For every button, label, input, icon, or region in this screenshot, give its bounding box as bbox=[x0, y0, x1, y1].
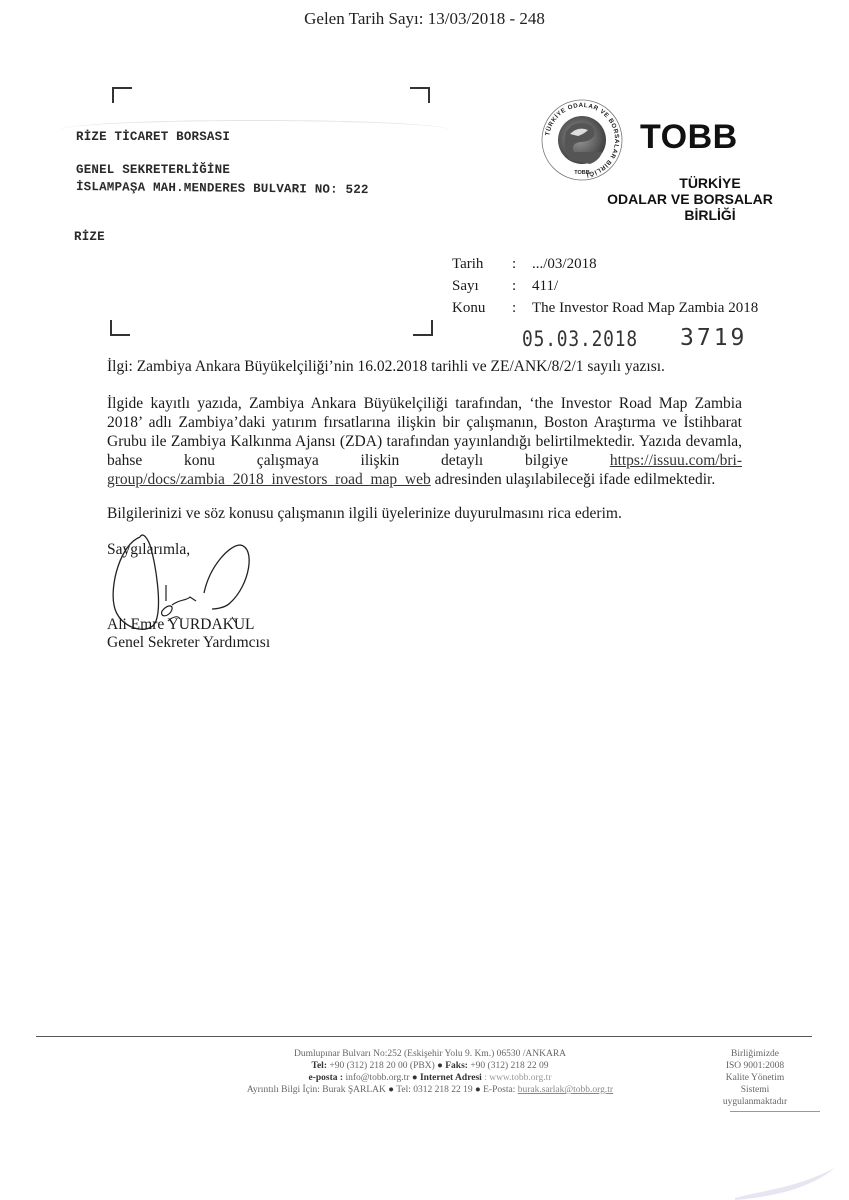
meta-number-label: Sayı bbox=[452, 275, 510, 297]
meta-date-value: .../03/2018 bbox=[532, 253, 597, 275]
iso-line-4: Sistemi bbox=[700, 1084, 810, 1096]
recipient-line-3: İSLAMPAŞA MAH.MENDERES BULVARI NO: 522 bbox=[76, 180, 369, 197]
email-label: e-posta : bbox=[309, 1073, 344, 1083]
signer-name: Ali Emre YURDAKUL bbox=[107, 616, 270, 634]
meta-number-value: 411/ bbox=[532, 275, 558, 297]
iso-line-5: uygulanmaktadır bbox=[700, 1096, 810, 1108]
registry-stamp-number: 3719 bbox=[680, 325, 747, 351]
email-value[interactable]: info@tobb.org.tr bbox=[345, 1073, 409, 1083]
bullet-icon: ● bbox=[388, 1085, 394, 1095]
footer-contact-line: Ayrıntılı Bilgi İçin: Burak ŞARLAK ● Tel… bbox=[200, 1084, 660, 1096]
colon: : bbox=[510, 297, 532, 319]
meta-subject-row: Konu : The Investor Road Map Zambia 2018 bbox=[452, 297, 758, 319]
registry-stamp-date: 05.03.2018 bbox=[522, 327, 638, 351]
meta-number-row: Sayı : 411/ bbox=[452, 275, 758, 297]
address-window-corner-bottom-left bbox=[110, 320, 130, 336]
request-line: Bilgilerinizi ve söz konusu çalışmanın i… bbox=[107, 504, 622, 523]
web-value[interactable]: : www.tobb.org.tr bbox=[484, 1073, 551, 1083]
scan-smudge bbox=[735, 1160, 845, 1200]
address-window-corner-bottom-right bbox=[413, 320, 433, 336]
contact-tel: Tel: 0312 218 22 19 bbox=[396, 1085, 472, 1095]
reference-line: İlgi: Zambiya Ankara Büyükelçiliği’nin 1… bbox=[107, 357, 665, 376]
svg-text:TOBB: TOBB bbox=[574, 170, 590, 176]
iso-line-2: ISO 9001:2008 bbox=[700, 1060, 810, 1072]
received-date-stamp: Gelen Tarih Sayı: 13/03/2018 - 248 bbox=[0, 9, 849, 29]
contact-email-label: E-Posta: bbox=[483, 1085, 515, 1095]
footer-contact: Dumlupınar Bulvarı No:252 (Eskişehir Yol… bbox=[200, 1048, 660, 1096]
colon: : bbox=[510, 275, 532, 297]
organization-name: TÜRKİYE ODALAR VE BORSALAR BİRLİĞİ bbox=[600, 175, 780, 223]
footer-divider bbox=[36, 1036, 812, 1037]
fax-label: Faks: bbox=[445, 1061, 468, 1071]
iso-certification-note: Birliğimizde ISO 9001:2008 Kalite Yöneti… bbox=[700, 1048, 810, 1108]
letter-meta: Tarih : .../03/2018 Sayı : 411/ Konu : T… bbox=[452, 253, 758, 319]
web-label: Internet Adresi bbox=[420, 1073, 482, 1083]
bullet-icon: ● bbox=[412, 1073, 418, 1083]
footer-address: Dumlupınar Bulvarı No:252 (Eskişehir Yol… bbox=[200, 1048, 660, 1060]
bullet-icon: ● bbox=[437, 1061, 443, 1071]
iso-underline bbox=[730, 1111, 820, 1112]
brand-name: TOBB bbox=[640, 118, 738, 157]
recipient-line-4: RİZE bbox=[74, 230, 105, 244]
recipient-line-1: RİZE TİCARET BORSASI bbox=[76, 130, 230, 144]
signer-block: Ali Emre YURDAKUL Genel Sekreter Yardımc… bbox=[107, 616, 270, 652]
tel-label: Tel: bbox=[312, 1061, 327, 1071]
address-window-corner-top-right bbox=[410, 87, 430, 103]
main-paragraph: İlgide kayıtlı yazıda, Zambiya Ankara Bü… bbox=[107, 394, 742, 489]
org-line-3: BİRLİĞİ bbox=[600, 207, 780, 223]
tobb-emblem-icon: TÜRKİYE ODALAR VE BORSALAR BİRLİĞİ TOBB bbox=[540, 98, 624, 182]
org-line-1: TÜRKİYE bbox=[600, 175, 780, 191]
meta-date-row: Tarih : .../03/2018 bbox=[452, 253, 758, 275]
signer-title: Genel Sekreter Yardımcısı bbox=[107, 634, 270, 652]
meta-subject-label: Konu bbox=[452, 297, 510, 319]
address-window-corner-top-left bbox=[112, 87, 132, 103]
fax-value: +90 (312) 218 22 09 bbox=[470, 1061, 548, 1071]
footer-email-line: e-posta : info@tobb.org.tr ● Internet Ad… bbox=[200, 1072, 660, 1084]
tel-value: +90 (312) 218 20 00 (PBX) bbox=[329, 1061, 434, 1071]
meta-subject-value: The Investor Road Map Zambia 2018 bbox=[532, 297, 758, 319]
org-line-2: ODALAR VE BORSALAR bbox=[600, 191, 780, 207]
bullet-icon: ● bbox=[475, 1085, 481, 1095]
iso-line-1: Birliğimizde bbox=[700, 1048, 810, 1060]
iso-line-3: Kalite Yönetim bbox=[700, 1072, 810, 1084]
colon: : bbox=[510, 253, 532, 275]
meta-date-label: Tarih bbox=[452, 253, 510, 275]
contact-email-link[interactable]: burak.sarlak@tobb.org.tr bbox=[518, 1085, 613, 1095]
footer-phone-line: Tel: +90 (312) 218 20 00 (PBX) ● Faks: +… bbox=[200, 1060, 660, 1072]
contact-person: Ayrıntılı Bilgi İçin: Burak ŞARLAK bbox=[247, 1085, 386, 1095]
paragraph-text-end: adresinden ulaşılabileceği ifade edilmek… bbox=[431, 471, 716, 488]
recipient-line-2: GENEL SEKRETERLİĞİNE bbox=[76, 163, 230, 177]
